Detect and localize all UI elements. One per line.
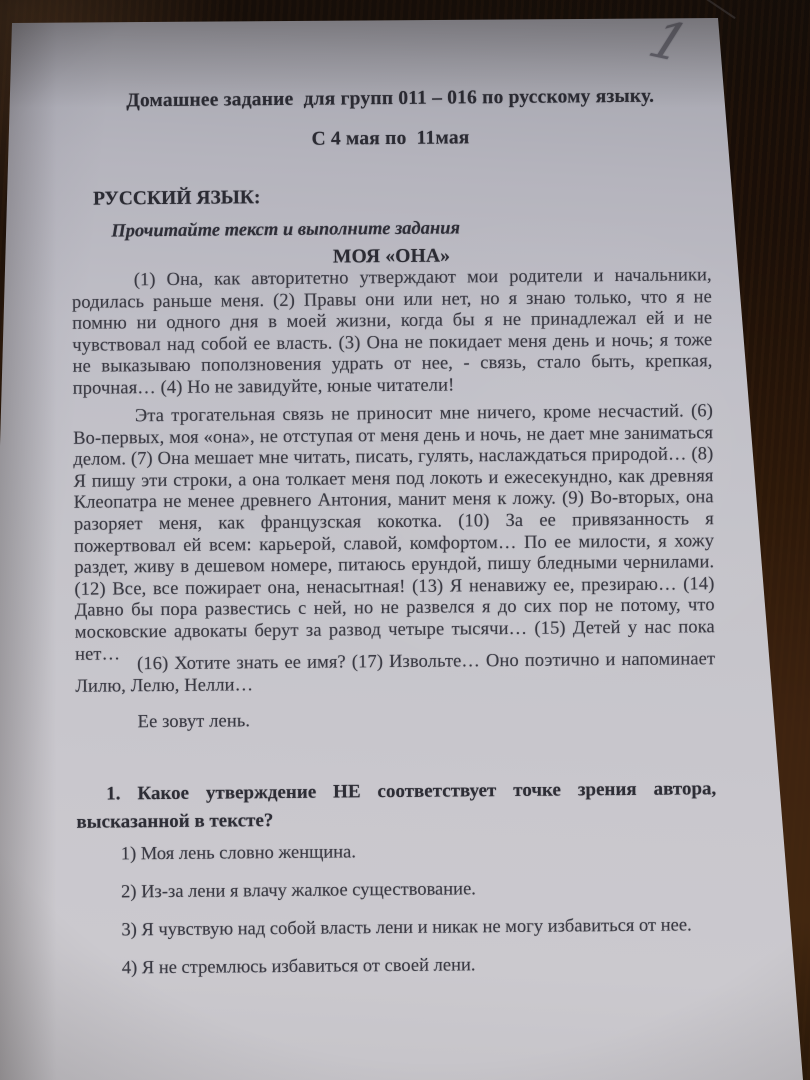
question-1-option-3: 3) Я чувствую над собой власть лени и ни…: [77, 915, 717, 942]
subject-heading: РУССКИЙ ЯЗЫК:: [93, 187, 261, 210]
question-1-option-4: 4) Я не стремлюсь избавиться от своей ле…: [78, 953, 718, 980]
question-1-prompt: 1. Какое утверждение НЕ соответствует то…: [76, 775, 716, 837]
assignment-title-line1: Домашнее задание для групп 011 – 016 по …: [70, 85, 710, 113]
question-1-option-2: 2) Из-за лени я влачу жалкое существован…: [77, 877, 717, 904]
assignment-title-line2: С 4 мая по 11мая: [70, 125, 710, 153]
document-content: Домашнее задание для групп 011 – 016 по …: [69, 0, 718, 1080]
task-instruction: Прочитайте текст и выполните задания: [111, 218, 460, 242]
paper-sheet: Домашнее задание для групп 011 – 016 по …: [0, 0, 810, 1080]
story-paragraph-3: (16) Хотите знать ее имя? (17) Извольте……: [75, 649, 715, 698]
story-paragraph-1: (1) Она, как авторитетно утверждают мои …: [72, 265, 713, 400]
photo-of-document: Домашнее задание для групп 011 – 016 по …: [0, 0, 810, 1080]
story-paragraph-2: Эта трогательная связь не приносит мне н…: [73, 401, 715, 666]
story-paragraph-4: Ее зовут лень.: [138, 711, 251, 734]
question-1-option-1: 1) Моя лень словно женщина.: [77, 839, 717, 866]
